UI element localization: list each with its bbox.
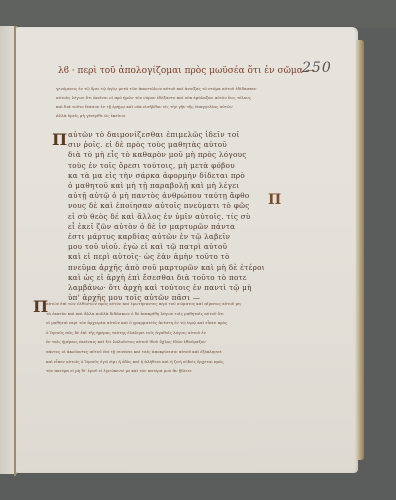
text-line: ὁ μαθητοῦ καὶ μὴ τῇ παραβολῇ καὶ μὴ λέγε… <box>68 181 264 190</box>
page-edges <box>356 40 364 460</box>
text-line: τὰ ἑκατὸν καὶ καὶ ἄλλα πολλὰ διδάσκων ὁ … <box>46 311 286 317</box>
text-line: αὐτῇ αὐτῷ ὁ μὴ παντὸς ἀνθρώπου ταύτῃ ἄφθ… <box>68 191 264 200</box>
text-line: πνεῦμα ἀρχῆς ἀπὸ σοῦ μαρτυρῶν καὶ μὴ δὲ … <box>68 263 264 272</box>
text-line: ὁ Ἰησοῦς πῶς δὲ ἐπὶ τῆς ἡμέρας ταύτης ἐλ… <box>46 330 286 336</box>
text-line: καὶ ὡς εἰ ἀρχὴ ἐπὶ ἔσεσθαι διὰ τοῦτο τὸ … <box>68 273 264 282</box>
text-line: αὐτῶν ἐπὶ τῶν ἐλθόντων πρὸς αὐτὸν καὶ ἐρ… <box>46 301 286 307</box>
text-line: καὶ διὰ τοῦτο ἔπεσον ἐν τῇ ἐρήμῳ καὶ οὐκ… <box>56 104 288 110</box>
text-line: γενόμενος ἐν τῷ ὄρει τῷ ἁγίῳ μετὰ τῶν ἀπ… <box>56 86 288 92</box>
rubric-header: λϐ · περὶ τοῦ ἀπολογίζομαι πρὸς μωϋσέα ὅ… <box>58 66 315 76</box>
text-line: αὐτῶν τὸ δαιμονίζεσθαι ἐπιμελῶς ἰδεῖν το… <box>68 130 264 139</box>
background-top <box>0 0 396 28</box>
text-line: τὸν πατέρα εἰ μὴ δι' ἐμοῦ εἰ ἐγνώκειτέ μ… <box>46 368 286 374</box>
text-line: πάντες οἱ ἀκούοντες αὐτοῦ ἐπὶ τῇ συνέσει… <box>46 349 286 355</box>
text-line: μου τοῦ υἱοῦ. ἐγὼ εἰ καὶ τῷ πατρὶ αὐτοῦ <box>68 242 264 251</box>
text-line: ἐν ταῖς ἡμέραις ἐκείναις καὶ ἔτι λαλοῦντ… <box>46 339 286 345</box>
text-line: σιν ῥοῖς. εἰ δὲ πρὸς τοὺς μαθητὰς αὐτοῦ <box>68 140 264 149</box>
text-line: οἱ μαθηταὶ περὶ τὸν ἀρχιερέα αὐτῶν καὶ ὁ… <box>46 320 286 326</box>
text-line: διὰ τὸ μὴ εἶς τὸ καθαρὸν μοῦ μὴ πρὸς λόγ… <box>68 150 264 159</box>
text-line: καὶ εἶπεν αὐτοῖς ὁ Ἰησοῦς ἐγώ εἰμι ἡ ὁδὸ… <box>46 359 286 365</box>
text-line: καὶ εἰ περὶ αὐτοῖς· ὡς ἐὰν ἀμὴν τοῦτο τὸ <box>68 252 264 261</box>
text-line: ἐστι μάρτυς καρδίας αὐτῶν ἐν τῷ λαβεῖν <box>68 232 264 241</box>
text-line: κα τὰ μα εἰς τὴν σάρκα ἀφορμὴν δίδεται π… <box>68 171 264 180</box>
text-line: αὐτοὺς λέγων ὅτι ἐκεῖνοι οἱ πρὸ ἡμῶν τὸν… <box>56 95 288 101</box>
marginal-initial: Π <box>268 192 281 208</box>
text-line: εἰ σὺ θεὸς δέ καὶ ἄλλος ἐν ὑμῖν αὐτοῖς. … <box>68 212 264 221</box>
decorated-initial: Π <box>52 130 67 149</box>
text-line: ἀλλὰ ὑμεῖς μὴ γένησθε ὡς ἐκεῖνοι <box>56 113 288 119</box>
text-line: λαμβάνω· ὅτι ἀρχὴ καὶ τούτοις ἐν παντὶ τ… <box>68 283 264 292</box>
text-line: νους δὲ καὶ ἐποίησαν αὐτοῖς πνεύματι τὸ … <box>68 201 264 210</box>
text-line: εἶ ἐκεῖ ζῶν αὐτὸν ὁ δὲ ἰσ μαρτυρῶν πάντα <box>68 222 264 231</box>
text-line: τοὺς ἐν τοῖς ὄρεσι τούτοις, μὴ μετὰ φόβο… <box>68 161 264 170</box>
